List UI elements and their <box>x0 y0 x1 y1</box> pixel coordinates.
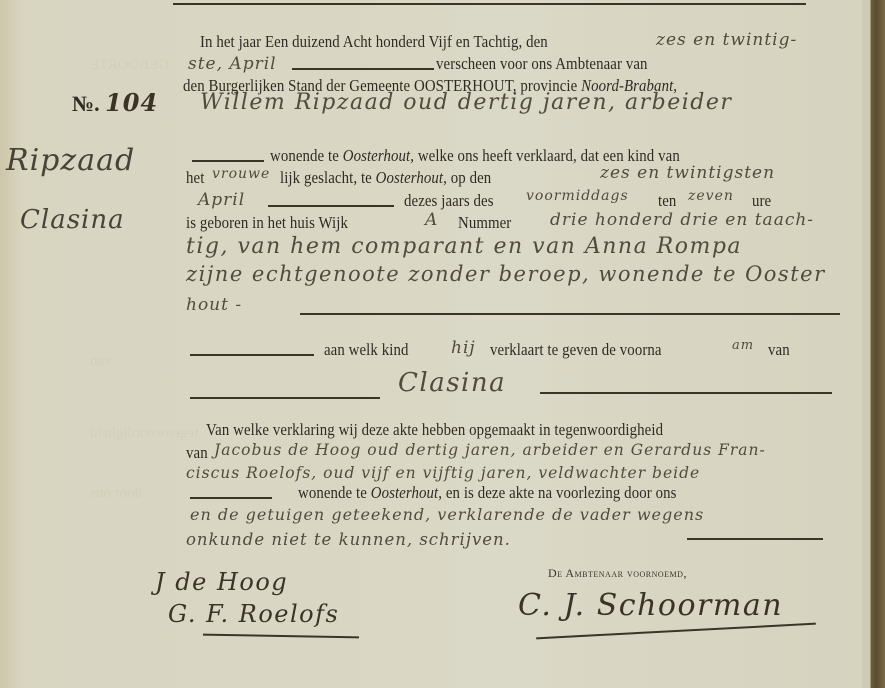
signature-witness-2: G. F. Roelofs <box>168 600 339 628</box>
hw-hour: zeven <box>688 188 734 204</box>
hw-name-suffix: am <box>732 338 754 353</box>
record-number-value: 104 <box>105 88 158 117</box>
hw-closing-1: en de getuigen geteekend, verklarende de… <box>190 505 704 524</box>
fill-rule <box>292 68 434 70</box>
printed-line-12-c: van <box>768 340 790 360</box>
hw-date-day: zes en twintig- <box>656 30 797 50</box>
printed-line-14: Van welke verklaring wij deze akte hebbe… <box>206 420 663 440</box>
printed-text: wonende te <box>298 483 367 502</box>
fill-rule <box>268 205 394 207</box>
town-name: Oosterhout, <box>371 483 442 502</box>
hw-day-part: voormiddags <box>526 188 629 204</box>
printed-line-12-b: verklaart te geven de voorna <box>490 340 662 360</box>
hw-date-month: ste, April <box>188 54 277 74</box>
printed-line-8-b: Nummer <box>458 213 511 233</box>
hw-mother-line: zijne echtgenoote zonder beroep, wonende… <box>186 262 826 286</box>
record-number-label: №. <box>72 91 100 116</box>
hw-wijk: A <box>425 210 438 230</box>
fill-rule <box>687 538 823 540</box>
signature-official: C. J. Schoorman <box>518 588 783 623</box>
printed-line-1: In het jaar Een duizend Acht honderd Vij… <box>200 32 548 52</box>
printed-text: op den <box>451 168 492 187</box>
bleed-through-text: van <box>90 353 112 370</box>
hw-pronoun: hij <box>451 338 476 358</box>
margin-given-name: Clasina <box>20 205 125 235</box>
fill-rule <box>190 497 272 499</box>
hw-birth-day: zes en twintigsten <box>600 163 775 183</box>
hw-residence-end: hout - <box>186 295 242 315</box>
printed-line-15-a: van <box>186 443 208 463</box>
record-number: №. 104 <box>72 88 158 117</box>
hw-witnesses-2: ciscus Roelofs, oud vijf en vijftig jare… <box>186 464 700 482</box>
printed-text: wonende te <box>270 146 339 165</box>
printed-text: lijk geslacht, te <box>280 168 372 187</box>
printed-line-6-b: lijk geslacht, te Oosterhout, op den <box>280 168 491 188</box>
book-binding-edge <box>862 0 885 688</box>
fill-rule <box>540 392 832 394</box>
fill-rule <box>190 354 314 356</box>
town-name: Oosterhout, <box>343 146 414 165</box>
printed-text: en is deze akte na voorlezing door ons <box>446 483 677 502</box>
hw-witnesses-1: Jacobus de Hoog oud dertig jaren, arbeid… <box>214 441 766 459</box>
register-page: GEBOORTE van tegenwoordigheid door ons I… <box>0 0 862 688</box>
fill-rule <box>192 160 264 162</box>
top-rule <box>173 3 806 5</box>
official-caption: De Ambtenaar voornoemd, <box>548 566 687 581</box>
margin-surname: Ripzaad <box>6 143 135 178</box>
bleed-through-text: door ons <box>90 485 142 502</box>
printed-line-7-c: ure <box>752 191 771 211</box>
hw-given-name: Clasina <box>398 368 506 398</box>
printed-line-2: verscheen voor ons Ambtenaar van <box>436 54 648 74</box>
fill-rule <box>190 397 380 399</box>
fill-rule <box>300 313 840 315</box>
printed-line-7-b: ten <box>658 191 676 211</box>
bleed-through-text: GEBOORTE <box>90 57 169 74</box>
printed-line-6-a: het <box>186 168 204 188</box>
hw-closing-2: onkunde niet te kunnen, schrijven. <box>186 530 511 549</box>
signature-witness-1: J de Hoog <box>155 568 288 596</box>
hw-sex: vrouwe <box>212 166 270 182</box>
hw-birth-month: April <box>198 190 245 210</box>
bleed-through-text: tegenwoordigheid <box>90 425 198 442</box>
printed-line-7-a: dezes jaars des <box>404 191 494 211</box>
town-name: Oosterhout, <box>376 168 447 187</box>
printed-line-8-a: is geboren in het huis Wijk <box>186 213 348 233</box>
printed-line-12-a: aan welk kind <box>324 340 408 360</box>
hw-house-number: drie honderd drie en taach- <box>550 210 814 230</box>
printed-line-17: wonende te Oosterhout, en is deze akte n… <box>298 483 676 503</box>
signature-underline <box>536 623 816 640</box>
hw-parents-line: tig, van hem comparant en van Anna Rompa <box>186 234 742 259</box>
hw-declarant: Willem Ripzaad oud dertig jaren, arbeide… <box>200 90 732 115</box>
signature-underline <box>203 634 359 639</box>
